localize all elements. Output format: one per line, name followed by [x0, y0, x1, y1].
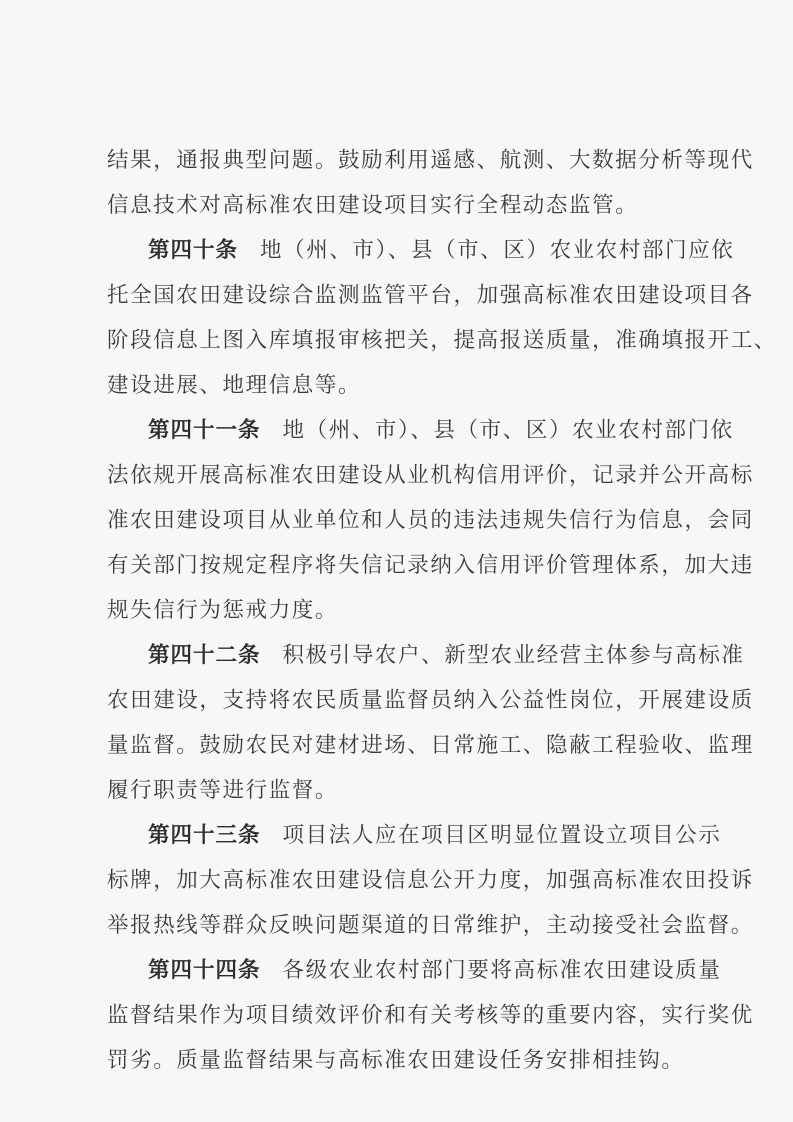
- text-line: 量监督。鼓励农民对建材进场、日常施工、隐蔽工程验收、监理: [107, 731, 697, 761]
- line-text: 建设进展、地理信息等。: [107, 373, 361, 398]
- line-text: 有关部门按规定程序将失信记录纳入信用评价管理体系，加大违: [107, 553, 754, 578]
- line-text: 履行职责等进行监督。: [107, 778, 338, 803]
- line-text: 农田建设，支持将农民质量监督员纳入公益性岗位，开展建设质: [107, 688, 754, 713]
- line-text: 托全国农田建设综合监测监管平台，加强高标准农田建设项目各: [107, 283, 754, 308]
- article-number: 第四十二条: [148, 643, 261, 668]
- line-text: 罚劣。质量监督结果与高标准农田建设任务安排相挂钩。: [107, 1048, 685, 1073]
- line-text: 积极引导农户、新型农业经营主体参与高标准: [283, 643, 745, 668]
- article-42-heading-line: 第四十二条积极引导农户、新型农业经营主体参与高标准: [148, 641, 697, 671]
- text-line: 罚劣。质量监督结果与高标准农田建设任务安排相挂钩。: [107, 1046, 697, 1076]
- line-text: 举报热线等群众反映问题渠道的日常维护，主动接受社会监督。: [107, 913, 754, 938]
- text-line: 托全国农田建设综合监测监管平台，加强高标准农田建设项目各: [107, 281, 697, 311]
- line-text: 规失信行为惩戒力度。: [107, 598, 338, 623]
- article-number: 第四十四条: [148, 958, 261, 983]
- text-line: 结果，通报典型问题。鼓励利用遥感、航测、大数据分析等现代: [107, 146, 697, 176]
- article-number: 第四十三条: [148, 823, 261, 848]
- line-text: 结果，通报典型问题。鼓励利用遥感、航测、大数据分析等现代: [107, 148, 754, 173]
- line-text: 地（州、市）、县（市、区）农业农村部门依: [283, 418, 734, 443]
- article-number: 第四十条: [148, 238, 238, 263]
- line-text: 准农田建设项目从业单位和人员的违法违规失信行为信息，会同: [107, 508, 754, 533]
- text-line: 信息技术对高标准农田建设项目实行全程动态监管。: [107, 191, 697, 221]
- line-text: 地（州、市）、县（市、区）农业农村部门应依: [260, 238, 734, 263]
- line-text: 量监督。鼓励农民对建材进场、日常施工、隐蔽工程验收、监理: [107, 733, 754, 758]
- line-text: 各级农业农村部门要将高标准农田建设质量: [283, 958, 722, 983]
- text-line: 监督结果作为项目绩效评价和有关考核等的重要内容，实行奖优: [107, 1001, 697, 1031]
- text-line: 举报热线等群众反映问题渠道的日常维护，主动接受社会监督。: [107, 911, 697, 941]
- line-text: 监督结果作为项目绩效评价和有关考核等的重要内容，实行奖优: [107, 1003, 754, 1028]
- text-line: 准农田建设项目从业单位和人员的违法违规失信行为信息，会同: [107, 506, 697, 536]
- article-41-heading-line: 第四十一条地（州、市）、县（市、区）农业农村部门依: [148, 416, 697, 446]
- text-line: 阶段信息上图入库填报审核把关，提高报送质量，准确填报开工、: [107, 326, 697, 356]
- text-line: 法依规开展高标准农田建设从业机构信用评价，记录并公开高标: [107, 461, 697, 491]
- line-text: 信息技术对高标准农田建设项目实行全程动态监管。: [107, 193, 638, 218]
- line-text: 项目法人应在项目区明显位置设立项目公示: [283, 823, 722, 848]
- text-line: 规失信行为惩戒力度。: [107, 596, 697, 626]
- article-number: 第四十一条: [148, 418, 261, 443]
- text-line: 标牌，加大高标准农田建设信息公开力度，加强高标准农田投诉: [107, 866, 697, 896]
- text-line: 建设进展、地理信息等。: [107, 371, 697, 401]
- document-page: 结果，通报典型问题。鼓励利用遥感、航测、大数据分析等现代 信息技术对高标准农田建…: [0, 0, 793, 1122]
- article-44-heading-line: 第四十四条各级农业农村部门要将高标准农田建设质量: [148, 956, 697, 986]
- article-43-heading-line: 第四十三条项目法人应在项目区明显位置设立项目公示: [148, 821, 697, 851]
- line-text: 阶段信息上图入库填报审核把关，提高报送质量，准确填报开工、: [107, 328, 777, 353]
- text-line: 农田建设，支持将农民质量监督员纳入公益性岗位，开展建设质: [107, 686, 697, 716]
- article-40-heading-line: 第四十条地（州、市）、县（市、区）农业农村部门应依: [148, 236, 697, 266]
- line-text: 法依规开展高标准农田建设从业机构信用评价，记录并公开高标: [107, 463, 754, 488]
- text-line: 有关部门按规定程序将失信记录纳入信用评价管理体系，加大违: [107, 551, 697, 581]
- text-line: 履行职责等进行监督。: [107, 776, 697, 806]
- line-text: 标牌，加大高标准农田建设信息公开力度，加强高标准农田投诉: [107, 868, 754, 893]
